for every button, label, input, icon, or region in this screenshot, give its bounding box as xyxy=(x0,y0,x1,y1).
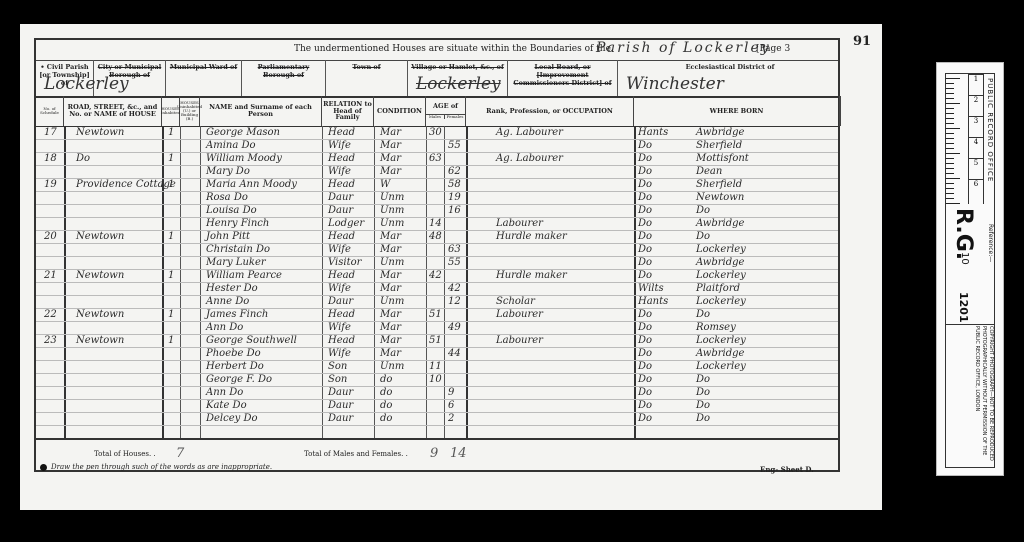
cell-male-age: 51 xyxy=(429,308,442,321)
cell-name: Henry Finch xyxy=(206,217,269,230)
column-header-label: NAME and Surname of each Person xyxy=(200,104,321,118)
cell-inhabited: 1 xyxy=(168,334,174,347)
cell-female-age: 49 xyxy=(448,321,461,334)
ruler-tick xyxy=(946,98,954,99)
table-row: Mary LukerVisitorUnm55DoAwbridge xyxy=(36,256,838,270)
ruler-tick xyxy=(946,93,954,94)
cell-inhabited: 1 xyxy=(168,269,174,282)
cell-born-place: Romsey xyxy=(696,321,736,334)
ruler-tick xyxy=(946,163,954,164)
cell-name: Kate Do xyxy=(206,399,247,412)
table-row: 20Newtown1John PittHeadMar48Hurdle maker… xyxy=(36,230,838,244)
cell-born-county: Do xyxy=(638,243,652,256)
ruler-tick xyxy=(946,173,954,174)
cell-relation: Son xyxy=(328,360,347,373)
column-header-label: ROAD, STREET, &c., and No. or NAME of HO… xyxy=(64,104,161,118)
cell-born-county: Do xyxy=(638,412,652,425)
cell-condition: W xyxy=(380,178,390,191)
cell-name: Delcey Do xyxy=(206,412,258,425)
cell-female-age: 2 xyxy=(448,412,454,425)
area-cell: Ecclesiastical District ofWinchester xyxy=(618,60,842,96)
cell-born-county: Do xyxy=(638,139,652,152)
cell-name: Herbert Do xyxy=(206,360,264,373)
cell-name: Mary Luker xyxy=(206,256,266,269)
cell-condition: Mar xyxy=(380,243,401,256)
column-header-label: RELATION to Head of Family xyxy=(322,101,373,121)
cell-address: Newtown xyxy=(76,126,124,139)
area-label: Municipal Ward of xyxy=(166,60,241,71)
cell-inhabited: 1 xyxy=(168,178,174,191)
cell-relation: Son xyxy=(328,373,347,386)
title-parish: Parish of Lockerley xyxy=(596,40,771,56)
ruler-tick xyxy=(946,118,954,119)
column-header: RELATION to Head of Family xyxy=(322,96,374,126)
ruler-tick xyxy=(946,138,954,139)
column-header-label: Rank, Profession, or OCCUPATION xyxy=(486,108,613,115)
area-cell: Town of xyxy=(326,60,408,96)
cell-born-county: Do xyxy=(638,334,652,347)
scale-mark: 5 xyxy=(969,158,983,180)
cell-born-place: Dean xyxy=(696,165,722,178)
cell-condition: Mar xyxy=(380,139,401,152)
column-header-label: WHERE BORN xyxy=(710,108,764,115)
table-row: George F. DoSondo10DoDo xyxy=(36,373,838,387)
cell-name: John Pitt xyxy=(206,230,250,243)
cell-born-county: Do xyxy=(638,191,652,204)
table-row: 23Newtown1George SouthwellHeadMar51Labou… xyxy=(36,334,838,348)
cm-scale-box: 123456 xyxy=(968,74,984,204)
cell-born-place: Do xyxy=(696,399,710,412)
page-number-stamp: 91 xyxy=(853,34,871,49)
table-row: Anne DoDaurUnm12ScholarHantsLockerley xyxy=(36,295,838,309)
cell-born-place: Awbridge xyxy=(696,347,744,360)
ruler-tick xyxy=(946,83,954,84)
table-row: Ann DoDaurdo9DoDo xyxy=(36,386,838,400)
area-cell: City or Municipal Borough of xyxy=(94,60,166,96)
cell-occupation: Ag. Labourer xyxy=(496,126,563,139)
column-header: AGE ofMalesFemales xyxy=(426,96,466,126)
cell-name: Ann Do xyxy=(206,321,243,334)
cell-male-age: 10 xyxy=(429,373,442,386)
cell-relation: Head xyxy=(328,152,355,165)
cell-condition: Mar xyxy=(380,152,401,165)
table-row: Ann DoWifeMar49DoRomsey xyxy=(36,321,838,335)
cell-address: Providence Cottage xyxy=(76,178,176,191)
title-row: The undermentioned Houses are situate wi… xyxy=(36,40,838,61)
cell-condition: Unm xyxy=(380,295,404,308)
cell-female-age: 6 xyxy=(448,399,454,412)
cell-condition: do xyxy=(380,386,392,399)
ruler-tick xyxy=(946,203,960,204)
cell-condition: Mar xyxy=(380,282,401,295)
area-value: Lockerley xyxy=(416,74,501,94)
cell-born-county: Do xyxy=(638,178,652,191)
cell-male-age: 51 xyxy=(429,334,442,347)
cell-condition: Mar xyxy=(380,230,401,243)
cell-condition: Mar xyxy=(380,126,401,139)
cell-born-place: Lockerley xyxy=(696,295,746,308)
cell-relation: Head xyxy=(328,178,355,191)
cell-born-county: Do xyxy=(638,152,652,165)
area-cell: Municipal Ward of xyxy=(166,60,242,96)
cell-condition: Mar xyxy=(380,269,401,282)
cell-occupation: Hurdle maker xyxy=(496,230,567,243)
cell-relation: Visitor xyxy=(328,256,361,269)
table-row: 17Newtown1George MasonHeadMar30Ag. Labou… xyxy=(36,126,838,140)
cell-schedule: 17 xyxy=(44,126,57,139)
area-cell: Local Board, or [Improvement Commissione… xyxy=(508,60,618,96)
cell-occupation: Scholar xyxy=(496,295,535,308)
cell-female-age: 16 xyxy=(448,204,461,217)
area-label: Village or Hamlet, &c., of xyxy=(408,60,507,71)
cell-occupation: Ag. Labourer xyxy=(496,152,563,165)
cell-born-county: Do xyxy=(638,204,652,217)
ruler-tick xyxy=(946,158,954,159)
ruler-tick xyxy=(946,143,954,144)
ruler-tick xyxy=(946,103,960,104)
cell-relation: Head xyxy=(328,230,355,243)
item-number: 1201 xyxy=(957,292,970,323)
total-females-value: 14 xyxy=(450,446,467,461)
column-header-row: No. of ScheduleROAD, STREET, &c., and No… xyxy=(36,96,838,127)
table-row: 21Newtown1William PearceHeadMar42Hurdle … xyxy=(36,269,838,283)
cell-name: Phoebe Do xyxy=(206,347,261,360)
ruler-tick xyxy=(946,178,960,179)
area-label: Parliamentary Borough of xyxy=(242,60,325,79)
cell-born-county: Do xyxy=(638,386,652,399)
cell-born-county: Do xyxy=(638,399,652,412)
cell-born-county: Do xyxy=(638,230,652,243)
cell-born-place: Do xyxy=(696,412,710,425)
cell-condition: Mar xyxy=(380,321,401,334)
cell-name: James Finch xyxy=(206,308,268,321)
cell-born-place: Do xyxy=(696,386,710,399)
cell-female-age: 63 xyxy=(448,243,461,256)
cell-relation: Head xyxy=(328,126,355,139)
ruler-tick xyxy=(946,108,954,109)
cell-born-county: Do xyxy=(638,217,652,230)
cell-condition: do xyxy=(380,373,392,386)
cell-occupation: Hurdle maker xyxy=(496,269,567,282)
cell-born-place: Mottisfont xyxy=(696,152,749,165)
cell-relation: Daur xyxy=(328,386,353,399)
cell-born-county: Do xyxy=(638,308,652,321)
ruler-tick xyxy=(946,183,954,184)
scale-mark: 2 xyxy=(969,95,983,117)
cell-born-place: Awbridge xyxy=(696,217,744,230)
cell-born-place: Lockerley xyxy=(696,243,746,256)
table-row: 19Providence Cottage1Maria Ann MoodyHead… xyxy=(36,178,838,192)
cell-inhabited: 1 xyxy=(168,230,174,243)
reference-strip: 123456 PUBLIC RECORD OFFICE Reference:— … xyxy=(936,62,1004,476)
cell-address: Newtown xyxy=(76,230,124,243)
cell-name: George F. Do xyxy=(206,373,272,386)
cell-condition: Unm xyxy=(380,217,404,230)
ruler-scale xyxy=(946,74,970,204)
cell-born-county: Wilts xyxy=(638,282,664,295)
scale-mark: 3 xyxy=(969,116,983,138)
cell-born-place: Awbridge xyxy=(696,126,744,139)
column-header xyxy=(840,96,841,126)
column-header-label: No. of Schedule xyxy=(36,107,63,115)
cell-born-place: Awbridge xyxy=(696,256,744,269)
cell-born-county: Do xyxy=(638,347,652,360)
cell-condition: Unm xyxy=(380,256,404,269)
cell-inhabited: 1 xyxy=(168,152,174,165)
cell-condition: do xyxy=(380,399,392,412)
area-row: • Civil Parish [or Township] ofLockerley… xyxy=(36,60,838,98)
area-cell: Village or Hamlet, &c., ofLockerley xyxy=(408,60,508,96)
cell-relation: Wife xyxy=(328,282,351,295)
cell-female-age: 55 xyxy=(448,256,461,269)
cell-female-age: 12 xyxy=(448,295,461,308)
piece-number: 10 xyxy=(959,252,970,265)
footnote: Draw the pen through such of the words a… xyxy=(40,463,272,471)
cell-relation: Daur xyxy=(328,399,353,412)
cell-address: Newtown xyxy=(76,269,124,282)
cell-schedule: 23 xyxy=(44,334,57,347)
column-header: No. of Schedule xyxy=(36,96,64,126)
cell-name: Louisa Do xyxy=(206,204,257,217)
ruler-tick xyxy=(946,133,954,134)
cell-born-county: Hants xyxy=(638,295,668,308)
total-houses-value: 7 xyxy=(176,446,184,461)
table-row: 22Newtown1James FinchHeadMar51LabourerDo… xyxy=(36,308,838,322)
reference-label: Reference:— xyxy=(987,224,994,262)
cell-relation: Head xyxy=(328,308,355,321)
cell-name: Mary Do xyxy=(206,165,250,178)
cell-relation: Wife xyxy=(328,243,351,256)
column-header: WHERE BORN xyxy=(634,96,840,126)
cell-born-county: Do xyxy=(638,165,652,178)
cell-condition: Mar xyxy=(380,165,401,178)
cell-male-age: 30 xyxy=(429,126,442,139)
cell-male-age: 48 xyxy=(429,230,442,243)
ruler-tick xyxy=(946,198,954,199)
cell-condition: do xyxy=(380,412,392,425)
census-form: The undermentioned Houses are situate wi… xyxy=(34,38,840,472)
table-row: Louisa DoDaurUnm16DoDo xyxy=(36,204,838,218)
footnote-text: Draw the pen through such of the words a… xyxy=(51,463,272,471)
column-header: CONDITION xyxy=(374,96,426,126)
column-header: NAME and Surname of each Person xyxy=(200,96,322,126)
cell-male-age: 63 xyxy=(429,152,442,165)
cell-occupation: Labourer xyxy=(496,308,543,321)
females-label: Females xyxy=(445,115,465,119)
column-header-label: HOUSES Uninhabited (U.) or Building (B.) xyxy=(177,101,202,122)
office-label: PUBLIC RECORD OFFICE xyxy=(986,78,994,182)
page-label: [Page 3 xyxy=(756,44,790,54)
cell-born-place: Lockerley xyxy=(696,334,746,347)
cell-address: Newtown xyxy=(76,334,124,347)
total-houses-label: Total of Houses. . xyxy=(94,450,156,458)
cell-born-county: Do xyxy=(638,256,652,269)
cell-relation: Daur xyxy=(328,295,353,308)
cell-relation: Wife xyxy=(328,321,351,334)
copyright-notice: COPYRIGHT PHOTOGRAPH—NOT TO BE REPRODUCE… xyxy=(973,326,994,466)
cell-relation: Daur xyxy=(328,191,353,204)
cell-schedule: 19 xyxy=(44,178,57,191)
ruler-tick xyxy=(946,188,954,189)
table-row: Amina DoWifeMar55DoSherfield xyxy=(36,139,838,153)
table-row: Henry FinchLodgerUnm14LabourerDoAwbridge xyxy=(36,217,838,231)
cell-born-place: Newtown xyxy=(696,191,744,204)
cell-born-place: Do xyxy=(696,204,710,217)
table-row: Rosa DoDaurUnm19DoNewtown xyxy=(36,191,838,205)
ruler-tick xyxy=(946,78,960,79)
table-row: Kate DoDaurdo6DoDo xyxy=(36,399,838,413)
cell-male-age: 42 xyxy=(429,269,442,282)
cell-relation: Wife xyxy=(328,165,351,178)
ruler-tick xyxy=(946,193,954,194)
ruler-tick xyxy=(946,128,960,129)
cell-female-age: 42 xyxy=(448,282,461,295)
cell-schedule: 20 xyxy=(44,230,57,243)
cell-name: George Mason xyxy=(206,126,280,139)
cell-born-county: Hants xyxy=(638,126,668,139)
area-value: Winchester xyxy=(626,74,724,94)
cell-name: Hester Do xyxy=(206,282,258,295)
cell-occupation: Labourer xyxy=(496,217,543,230)
bullet-icon xyxy=(40,464,47,471)
table-row: Mary DoWifeMar62DoDean xyxy=(36,165,838,179)
cell-schedule: 21 xyxy=(44,269,57,282)
cell-male-age: 14 xyxy=(429,217,442,230)
title-text: The undermentioned Houses are situate wi… xyxy=(294,44,611,54)
table-row: Hester DoWifeMar42WiltsPlaitford xyxy=(36,282,838,296)
cell-born-county: Do xyxy=(638,373,652,386)
cell-inhabited: 1 xyxy=(168,126,174,139)
cell-relation: Daur xyxy=(328,204,353,217)
total-males-value: 9 xyxy=(430,446,438,461)
cell-female-age: 62 xyxy=(448,165,461,178)
age-header-label: AGE of xyxy=(433,103,458,110)
cell-born-place: Do xyxy=(696,373,710,386)
area-label: Local Board, or [Improvement Commissione… xyxy=(508,60,617,87)
cell-born-place: Sherfield xyxy=(696,139,742,152)
cell-male-age: 11 xyxy=(429,360,442,373)
cell-born-county: Do xyxy=(638,269,652,282)
cell-relation: Head xyxy=(328,334,355,347)
cell-born-county: Do xyxy=(638,360,652,373)
table-row: Delcey DoDaurdo2DoDo xyxy=(36,412,838,426)
table-row: 18Do1William MoodyHeadMar63Ag. LabourerD… xyxy=(36,152,838,166)
table-row: Christain DoWifeMar63DoLockerley xyxy=(36,243,838,257)
cell-female-age: 58 xyxy=(448,178,461,191)
cell-name: William Pearce xyxy=(206,269,282,282)
area-cell: Parliamentary Borough of xyxy=(242,60,326,96)
table-row: Herbert DoSonUnm11DoLockerley xyxy=(36,360,838,374)
cell-born-place: Lockerley xyxy=(696,269,746,282)
ruler-tick xyxy=(946,113,954,114)
cell-condition: Mar xyxy=(380,308,401,321)
table-row: Phoebe DoWifeMar44DoAwbridge xyxy=(36,347,838,361)
area-label: Town of xyxy=(326,60,407,71)
cell-occupation: Labourer xyxy=(496,334,543,347)
reference-strip-inner: 123456 PUBLIC RECORD OFFICE Reference:— … xyxy=(945,73,995,468)
area-label: City or Municipal Borough of xyxy=(94,60,165,79)
cell-inhabited: 1 xyxy=(168,308,174,321)
cell-female-age: 19 xyxy=(448,191,461,204)
ruler-tick xyxy=(946,153,960,154)
census-entries: 17Newtown1George MasonHeadMar30Ag. Labou… xyxy=(36,126,838,438)
ruler-tick xyxy=(946,123,954,124)
cell-relation: Wife xyxy=(328,347,351,360)
cell-name: William Moody xyxy=(206,152,282,165)
cell-born-place: Sherfield xyxy=(696,178,742,191)
scale-mark: 6 xyxy=(969,179,983,201)
cell-relation: Wife xyxy=(328,139,351,152)
cell-relation: Head xyxy=(328,269,355,282)
area-cell: • Civil Parish [or Township] ofLockerley xyxy=(36,60,94,96)
sheet-id: Eng- Sheet D. xyxy=(760,465,814,474)
scale-mark: 1 xyxy=(969,74,983,96)
column-header-label: CONDITION xyxy=(377,108,422,115)
cell-name: Anne Do xyxy=(206,295,249,308)
cell-condition: Unm xyxy=(380,191,404,204)
divider xyxy=(946,324,994,325)
cell-relation: Lodger xyxy=(328,217,364,230)
cell-name: George Southwell xyxy=(206,334,297,347)
cell-female-age: 55 xyxy=(448,139,461,152)
cell-condition: Unm xyxy=(380,360,404,373)
cell-born-place: Do xyxy=(696,230,710,243)
cell-name: Rosa Do xyxy=(206,191,248,204)
cell-name: Christain Do xyxy=(206,243,270,256)
cell-condition: Mar xyxy=(380,334,401,347)
cell-schedule: 18 xyxy=(44,152,57,165)
cell-born-place: Do xyxy=(696,308,710,321)
area-label: Ecclesiastical District of xyxy=(618,60,842,71)
cell-address: Do xyxy=(76,152,90,165)
total-persons-label: Total of Males and Females. . xyxy=(304,450,408,458)
column-header: HOUSES Uninhabited (U.) or Building (B.) xyxy=(180,96,200,126)
cell-name: Amina Do xyxy=(206,139,256,152)
cell-born-place: Lockerley xyxy=(696,360,746,373)
ruler-tick xyxy=(946,168,954,169)
cell-relation: Daur xyxy=(328,412,353,425)
column-header: ROAD, STREET, &c., and No. or NAME of HO… xyxy=(64,96,162,126)
column-header: Rank, Profession, or OCCUPATION xyxy=(466,96,634,126)
males-label: Males xyxy=(426,115,445,119)
cell-born-county: Do xyxy=(638,321,652,334)
cell-female-age: 44 xyxy=(448,347,461,360)
ruler-tick xyxy=(946,148,954,149)
cell-schedule: 22 xyxy=(44,308,57,321)
cell-condition: Mar xyxy=(380,347,401,360)
cell-condition: Unm xyxy=(380,204,404,217)
scale-mark: 4 xyxy=(969,137,983,159)
cell-address: Newtown xyxy=(76,308,124,321)
cell-name: Ann Do xyxy=(206,386,243,399)
cell-name: Maria Ann Moody xyxy=(206,178,297,191)
ruler-tick xyxy=(946,88,954,89)
cell-female-age: 9 xyxy=(448,386,454,399)
cell-born-place: Plaitford xyxy=(696,282,740,295)
